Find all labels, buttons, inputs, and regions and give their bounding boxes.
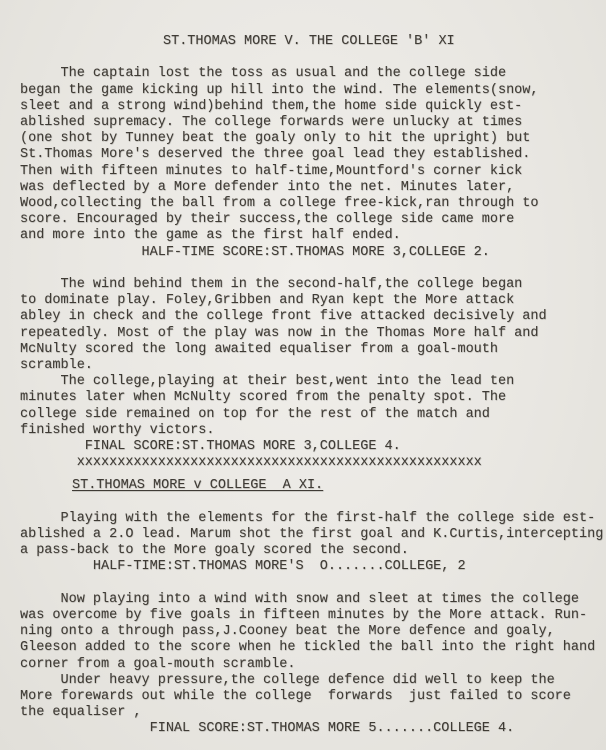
match-a-half-time-score: HALF-TIME:ST.THOMAS MORE'S O.......COLLE…: [20, 559, 606, 575]
match-a-title: ST.THOMAS MORE v COLLEGE A XI.: [72, 478, 323, 494]
match-b-paragraph-first-half: The captain lost the toss as usual and t…: [20, 66, 606, 244]
match-b-half-time-score: HALF-TIME SCORE:ST.THOMAS MORE 3,COLLEGE…: [20, 245, 606, 261]
match-b-title: ST.THOMAS MORE V. THE COLLEGE 'B' XI: [163, 34, 606, 50]
typewritten-page: ST.THOMAS MORE V. THE COLLEGE 'B' XI The…: [0, 0, 606, 750]
match-b-paragraph-second-half: The wind behind them in the second-half,…: [20, 277, 606, 439]
typed-x-divider: xxxxxxxxxxxxxxxxxxxxxxxxxxxxxxxxxxxxxxxx…: [20, 455, 606, 471]
match-a-final-score: FINAL SCORE:ST.THOMAS MORE 5.......COLLE…: [20, 721, 606, 737]
match-b-final-score: FINAL SCORE:ST.THOMAS MORE 3,COLLEGE 4.: [20, 439, 606, 455]
match-a-paragraph-first-half: Playing with the elements for the first-…: [20, 511, 606, 560]
match-a-paragraph-second-half: Now playing into a wind with snow and sl…: [20, 592, 606, 722]
